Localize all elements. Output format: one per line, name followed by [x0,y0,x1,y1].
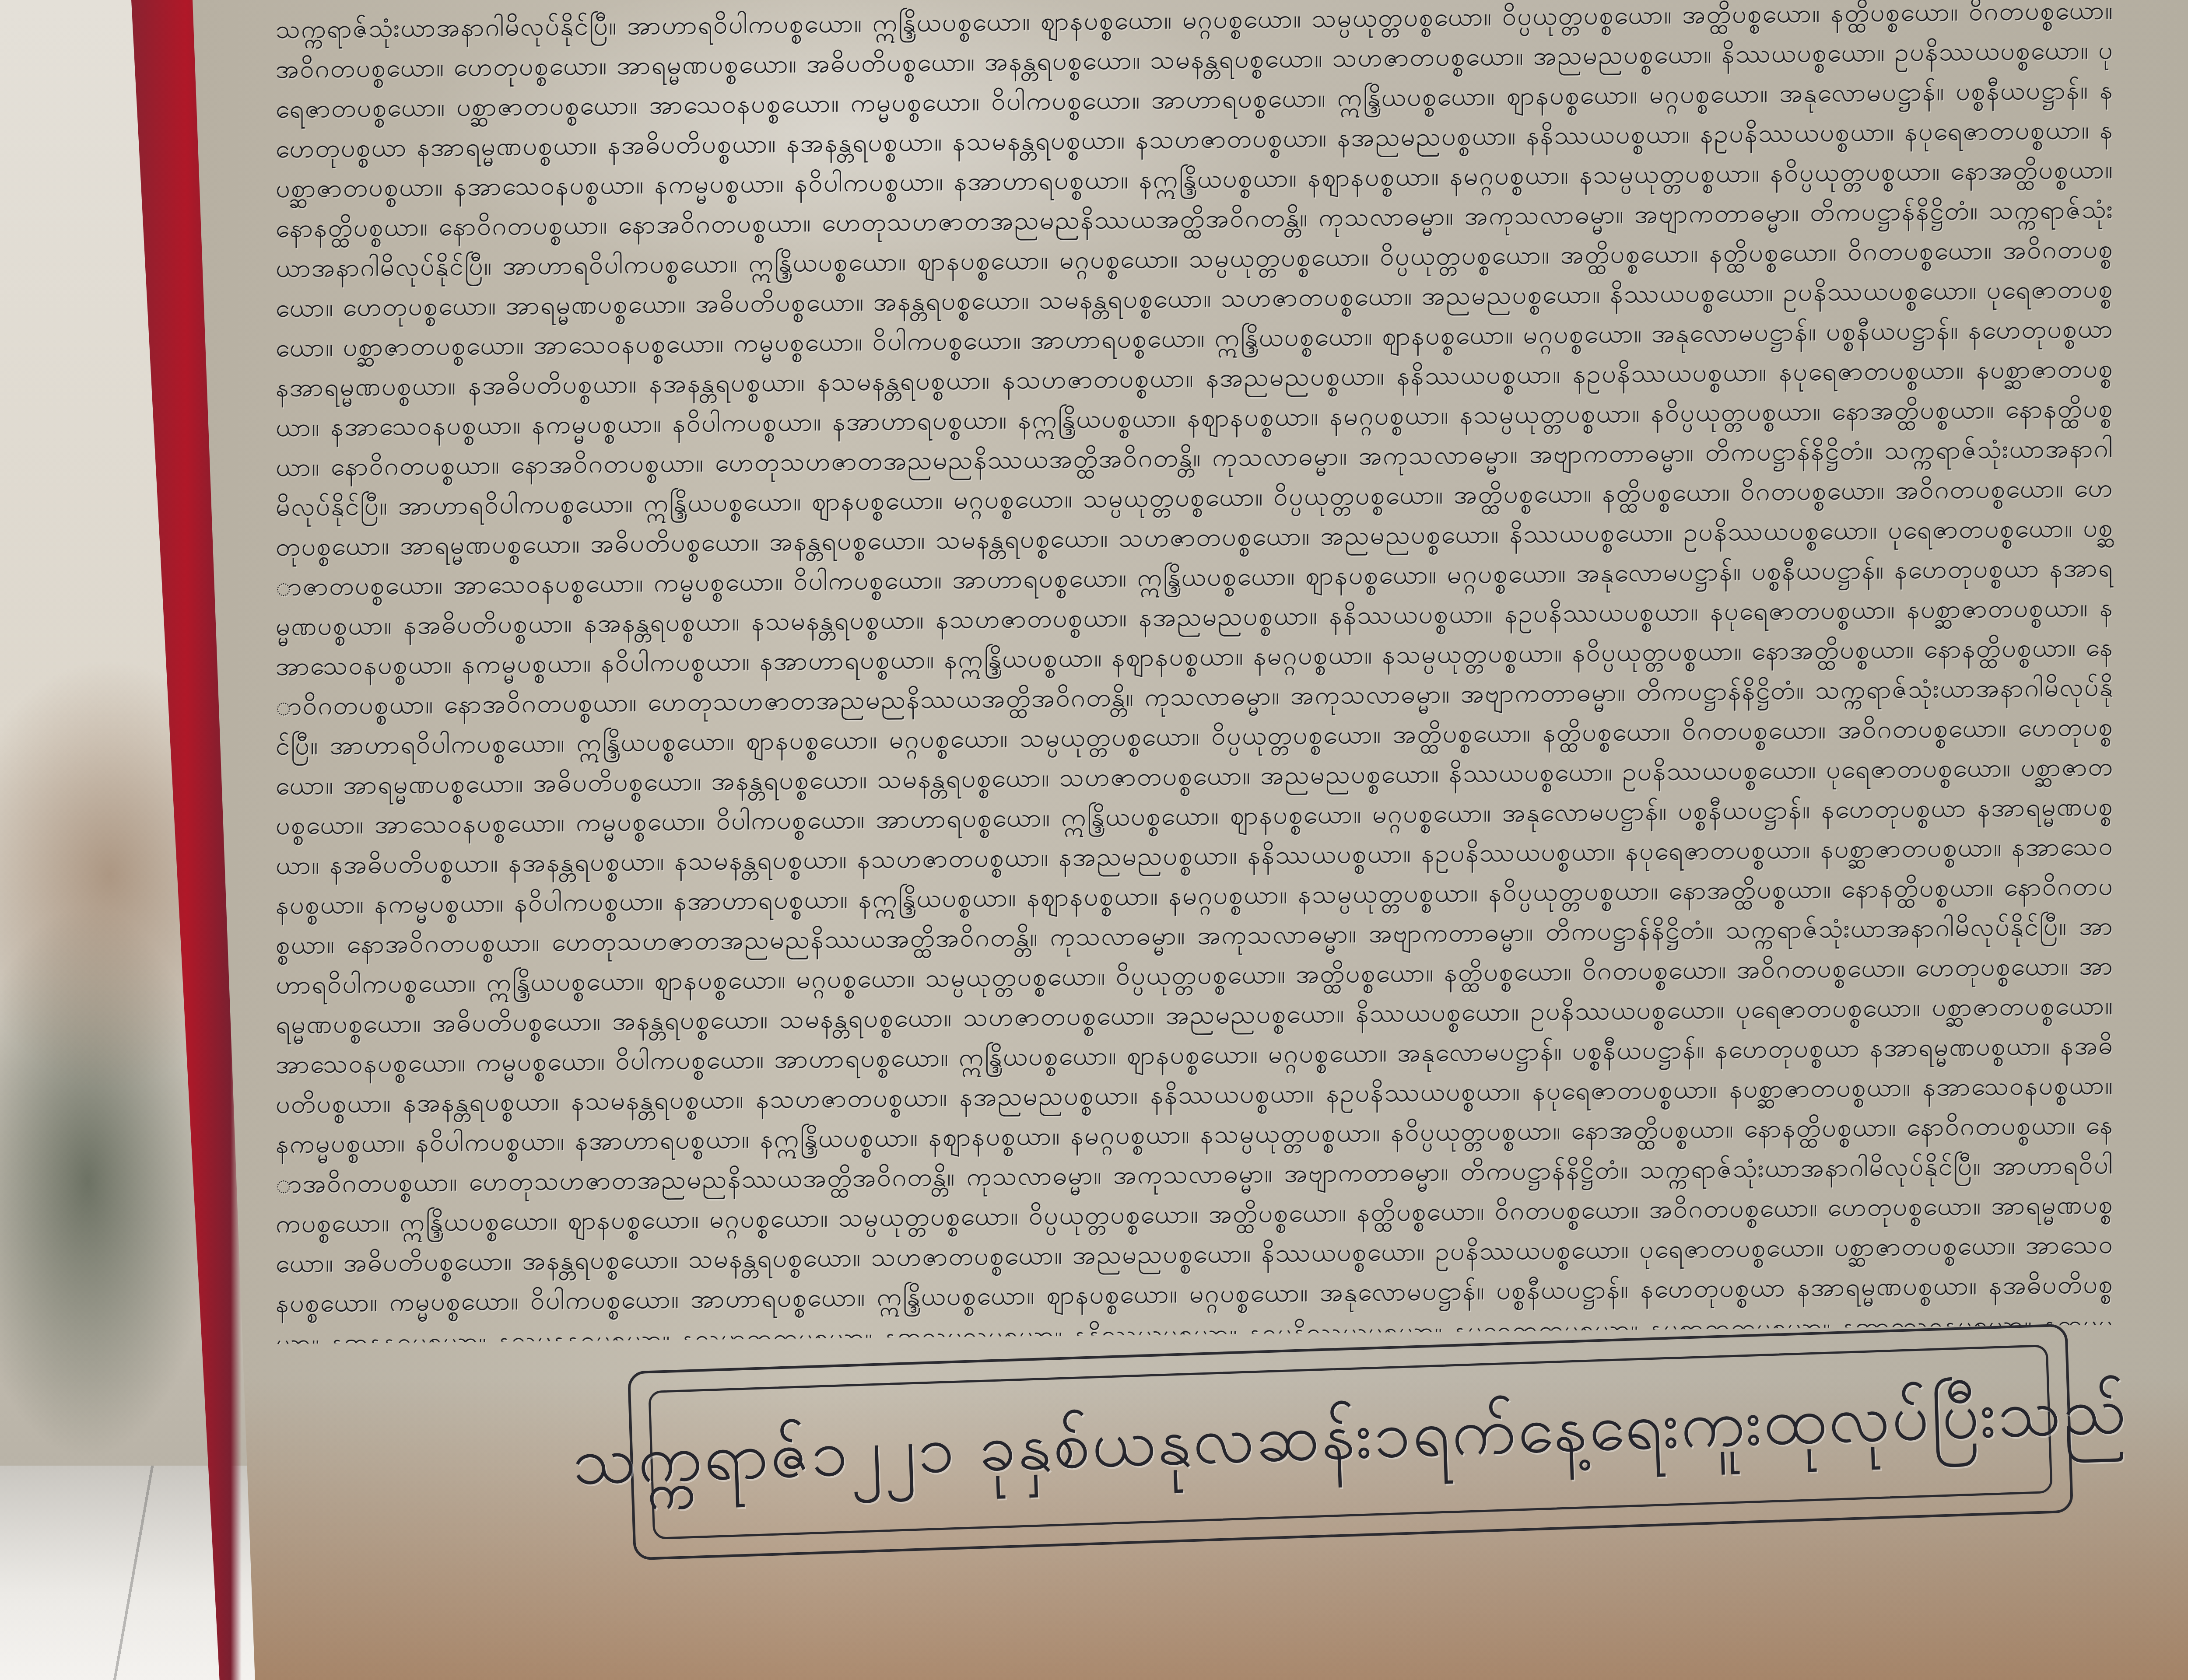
burmese-inscription-text: သက္ကရာဇ်သုံးယာအနာဂါမိလုပ်နိုင်ပြီ။ အာဟာရ… [276,0,2114,1344]
inscribed-stone-slab: သက္ကရာဇ်သုံးယာအနာဂါမိလုပ်နိုင်ပြီ။ အာဟာရ… [131,0,2188,1680]
cartouche-text: သက္ကရာဇ်၁၂၂၁ ခုနှစ်ယနုလဆန်း၁ရက်နေ့ရေးကူး… [571,1368,2130,1516]
cartouche-inner-frame: သက္ကရာဇ်၁၂၂၁ ခုနှစ်ယနုလဆန်း၁ရက်နေ့ရေးကူး… [648,1344,2053,1540]
